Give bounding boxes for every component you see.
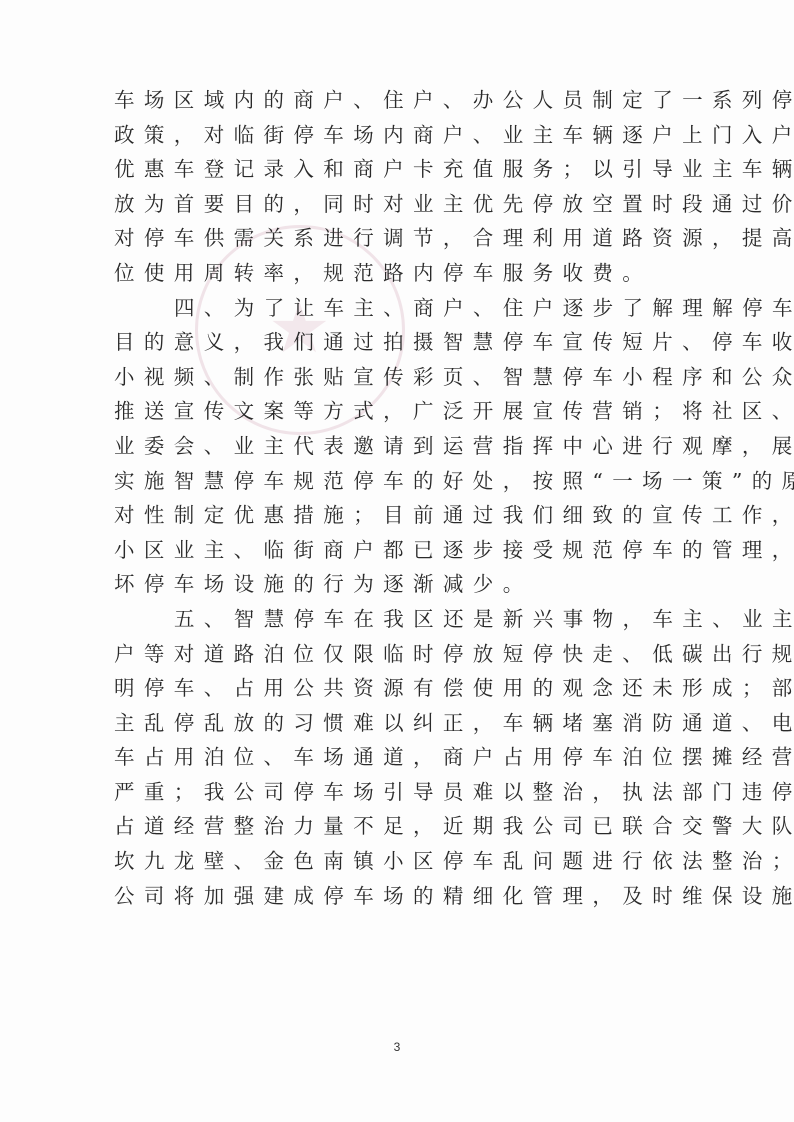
document-page: ★ 车场区域内的商户、住户、办公人员制定了一系列停车优惠政策，对临街停车场内商户…	[0, 0, 794, 1122]
text-line: 优惠车登记录入和商户卡充值服务；以引导业主车辆规范停	[114, 152, 686, 187]
text-line: 政策，对临街停车场内商户、业主车辆逐户上门入户给办理	[114, 118, 686, 153]
text-line: 五、智慧停车在我区还是新兴事物，车主、业主、商	[114, 602, 686, 637]
text-line: 车场区域内的商户、住户、办公人员制定了一系列停车优惠	[114, 83, 686, 118]
text-line: 目的意义，我们通过拍摄智慧停车宣传短片、停车收费流程	[114, 325, 686, 360]
text-line: 严重；我公司停车场引导员难以整治，执法部门违停执法和	[114, 775, 686, 810]
text-line: 小视频、制作张贴宣传彩页、智慧停车小程序和公众号定期	[114, 360, 686, 395]
text-line: 公司将加强建成停车场的精细化管理，及时维保设施设备，	[114, 879, 686, 914]
text-line: 车占用泊位、车场通道，商户占用停车泊位摆摊经营等现象	[114, 740, 686, 775]
text-line: 小区业主、临街商户都已逐步接受规范停车的管理，蓄意破	[114, 533, 686, 568]
text-line: 放为首要目的，同时对业主优先停放空置时段通过价格杠杆	[114, 187, 686, 222]
text-line: 主乱停乱放的习惯难以纠正，车辆堵塞消防通道、电动自行	[114, 706, 686, 741]
text-line: 明停车、占用公共资源有偿使用的观念还未形成；部分车	[114, 671, 686, 706]
text-line: 位使用周转率，规范路内停车服务收费。	[114, 256, 686, 291]
text-line: 坎九龙壁、金色南镇小区停车乱问题进行依法整治；后期我	[114, 844, 686, 879]
text-line: 对停车供需关系进行调节，合理利用道路资源，提高公共车	[114, 221, 686, 256]
text-line: 四、为了让车主、商户、住户逐步了解理解停车收费的	[114, 291, 686, 326]
text-line: 户等对道路泊位仅限临时停放短停快走、低碳出行规范文	[114, 637, 686, 672]
text-line: 业委会、业主代表邀请到运营指挥中心进行观摩，展示宣传	[114, 429, 686, 464]
text-line: 对性制定优惠措施；目前通过我们细致的宣传工作，大多数	[114, 498, 686, 533]
body-text: 车场区域内的商户、住户、办公人员制定了一系列停车优惠政策，对临街停车场内商户、业…	[114, 83, 686, 913]
text-line: 坏停车场设施的行为逐渐减少。	[114, 567, 686, 602]
page-number: 3	[0, 1040, 794, 1054]
text-line: 推送宣传文案等方式，广泛开展宣传营销；将社区、物业、	[114, 394, 686, 429]
text-line: 实施智慧停车规范停车的好处，按照“一场一策”的原则针	[114, 464, 686, 499]
text-line: 占道经营整治力量不足，近期我公司已联合交警大队对大河	[114, 809, 686, 844]
